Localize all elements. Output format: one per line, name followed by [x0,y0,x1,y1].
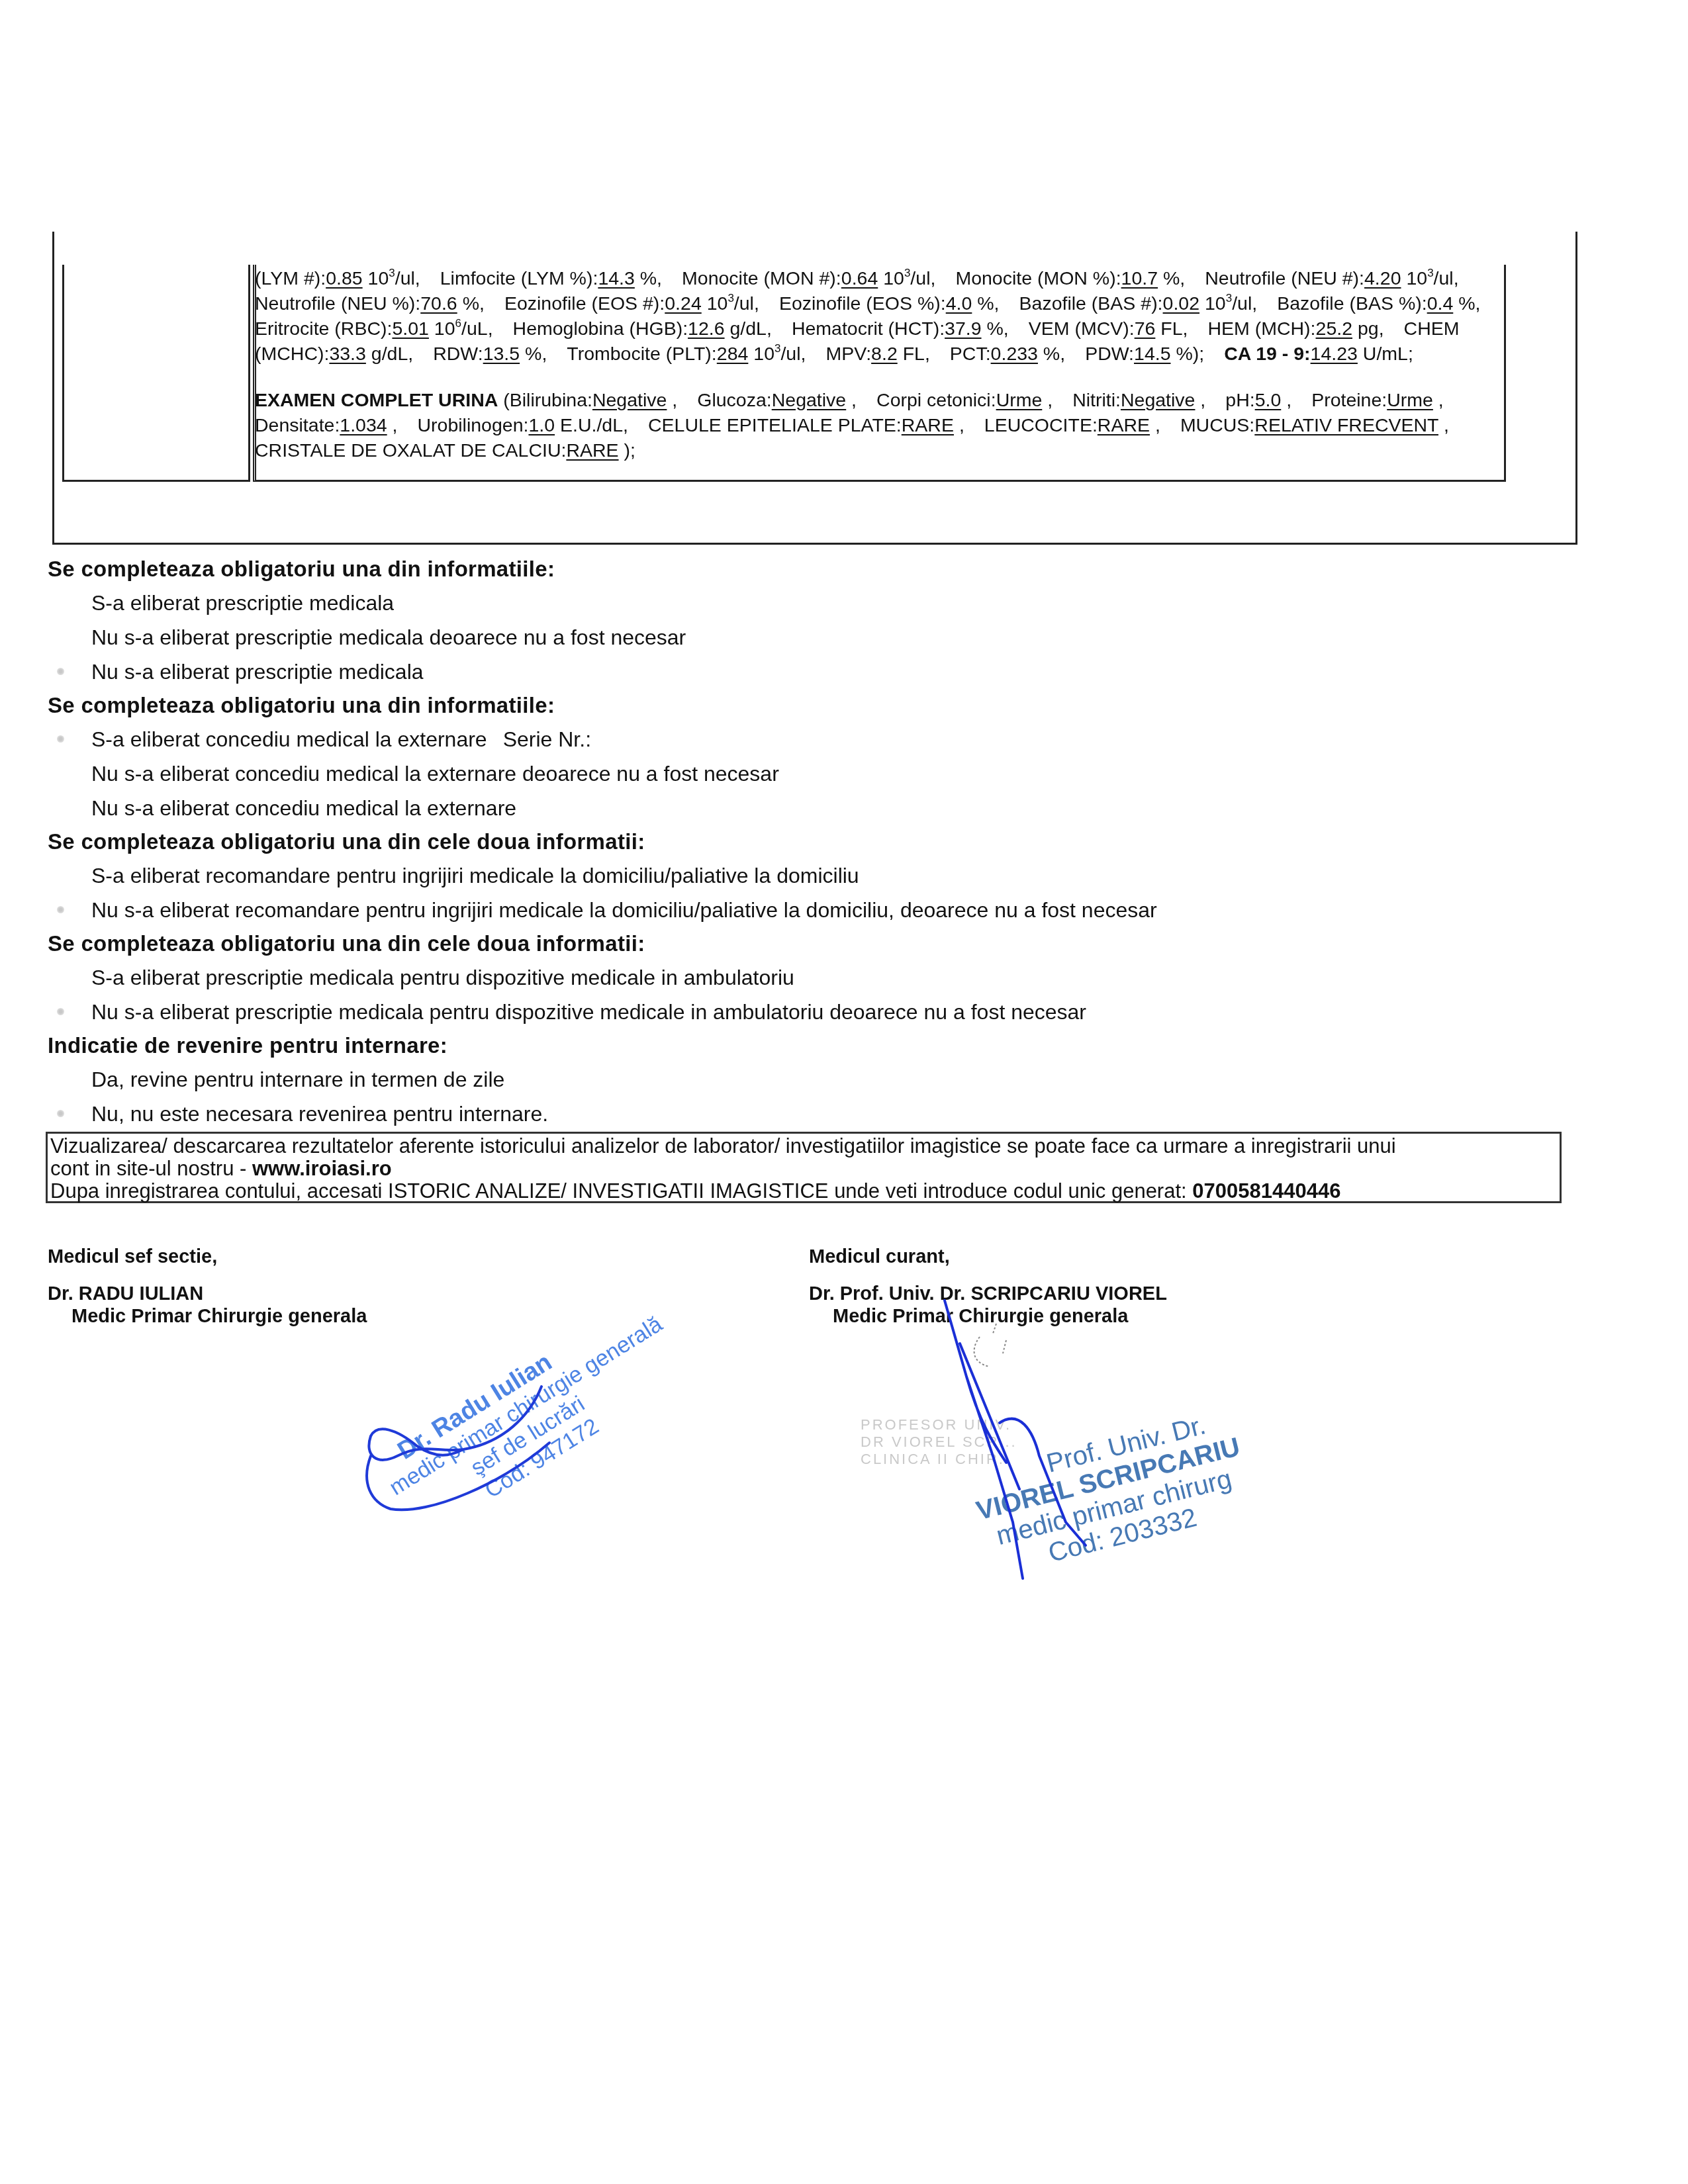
lab-result-value: 5.01 [392,318,428,340]
lab-results-text: (LYM #):0.85 103/ul,Limfocite (LYM %):14… [255,266,1506,463]
checklist-option-label: Nu s-a eliberat concediu medical la exte… [91,762,779,786]
lab-result-value: 13.5 [483,343,520,365]
lab-result-item: Limfocite (LYM %):14.3 %, [440,268,662,289]
selected-bullet-icon [57,1110,64,1117]
checklist-option[interactable]: Nu s-a eliberat prescriptie medicala [48,655,1504,689]
urine-result-value: RARE [902,415,954,436]
urine-result-value: 5.0 [1255,390,1282,411]
checklist-option-label: Nu s-a eliberat prescriptie medicala [91,660,424,684]
selected-bullet-icon [57,906,64,913]
signature-role: Medicul sef sectie, [48,1246,367,1283]
lab-result-value: 8.2 [871,343,898,365]
hemogram-results: (LYM #):0.85 103/ul,Limfocite (LYM %):14… [255,266,1506,367]
lab-result-value: 37.9 [945,318,981,340]
lab-result-item: Monocite (MON #):0.64 103/ul, [682,268,935,289]
urine-result-item: Corpi cetonici:Urme , [876,390,1053,411]
urine-result-item: LEUCOCITE:RARE , [984,415,1160,436]
urine-result-item: pH:5.0 , [1225,390,1291,411]
lab-result-item: Neutrofile (NEU %):70.6 %, [255,293,485,314]
lab-result-item: Bazofile (BAS #):0.02 103/ul, [1019,293,1258,314]
stamp-radu-iulian: Dr. Radu Iulian medic primar chirurgie g… [371,1289,695,1546]
lab-result-item: Eozinofile (EOS #):0.24 103/ul, [504,293,759,314]
urine-result-value: Urme [1387,390,1433,411]
lab-result-item: Neutrofile (NEU #):4.20 103/ul, [1205,268,1458,289]
urine-result-item: CRISTALE DE OXALAT DE CALCIU:RARE ); [255,440,635,461]
lab-result-value: 14.5 [1134,343,1170,365]
checklist-option-label: Nu s-a eliberat prescriptie medicala deo… [91,625,686,649]
lab-result-item: PCT:0.233 %, [950,343,1065,365]
lab-result-item: MPV:8.2 FL, [825,343,929,365]
urine-result-value: Urme [996,390,1043,411]
signature-title: Medic Primar Chirurgie generala [48,1305,367,1328]
checklist-option[interactable]: Nu s-a eliberat concediu medical la exte… [48,791,1504,825]
urine-result-item: CELULE EPITELIALE PLATE:RARE , [648,415,964,436]
lab-history-info-box: Vizualizarea/ descarcarea rezultatelor a… [46,1132,1562,1203]
lab-result-value: 0.85 [326,268,362,289]
selected-bullet-icon [57,735,64,743]
signature-block-attending-physician: Medicul curant, Dr. Prof. Univ. Dr. SCRI… [809,1246,1167,1328]
checklist-option[interactable]: S-a eliberat concediu medical la externa… [48,722,1504,756]
lab-results-label-cell [62,265,250,482]
checklist-option-label: Nu s-a eliberat recomandare pentru ingri… [91,898,1157,922]
lab-result-value: 4.20 [1364,268,1401,289]
unique-code: 0700581440446 [1192,1179,1340,1203]
urine-result-item: Nitriti:Negative , [1072,390,1205,411]
checklist-option[interactable]: S-a eliberat recomandare pentru ingrijir… [48,858,1504,893]
lab-result-value: 10.7 [1121,268,1158,289]
lab-result-item: Trombocite (PLT):284 103/ul, [567,343,806,365]
faded-stamp-impression: PROFESOR UNIV.DR VIOREL SCR...CLINICA II… [861,1416,1017,1468]
urine-result-item: MUCUS:RELATIV FRECVENT , [1180,415,1449,436]
lab-result-value: 0.02 [1163,293,1199,314]
lab-result-item: Eozinofile (EOS %):4.0 %, [779,293,1000,314]
lab-result-item: Eritrocite (RBC):5.01 106/uL, [255,318,493,340]
lab-result-value: 14.3 [598,268,634,289]
lab-result-item: PDW:14.5 %); [1085,343,1204,365]
info-line-2: cont in site-ul nostru - www.iroiasi.ro [50,1158,1557,1180]
lab-result-item: Bazofile (BAS %):0.4 %, [1277,293,1480,314]
lab-result-item: Monocite (MON %):10.7 %, [955,268,1185,289]
checklist-option-label: S-a eliberat recomandare pentru ingrijir… [91,864,859,887]
urine-result-item: Urobilinogen:1.0 E.U./dL, [418,415,628,436]
lab-result-value: 0.233 [991,343,1038,365]
lab-result-value: 284 [717,343,749,365]
lab-result-value: 0.4 [1427,293,1454,314]
lab-result-item: Hematocrit (HCT):37.9 %, [792,318,1009,340]
website-link[interactable]: www.iroiasi.ro [252,1157,392,1180]
checklist-section-heading: Se completeaza obligatoriu una din infor… [48,689,1504,722]
urine-result-item: Proteine:Urme , [1311,390,1444,411]
lab-result-value: 4.0 [946,293,972,314]
urine-exam-title: EXAMEN COMPLET URINA [255,390,498,411]
urine-result-value: Negative [772,390,846,411]
discharge-checklist: Se completeaza obligatoriu una din infor… [48,553,1504,1131]
urine-result-value: RARE [1098,415,1150,436]
urine-result-item: Densitate:1.034 , [255,415,398,436]
info-line-3: Dupa inregistrarea contului, accesati IS… [50,1180,1557,1203]
selected-bullet-icon [57,668,64,675]
checklist-option-label: Nu s-a eliberat concediu medical la exte… [91,796,516,820]
lab-result-value: 0.64 [841,268,878,289]
signature-role: Medicul curant, [809,1246,1167,1283]
checklist-section-heading: Indicatie de revenire pentru internare: [48,1029,1504,1062]
checklist-option-label: S-a eliberat prescriptie medicala pentru… [91,966,794,989]
lab-result-item: Hemoglobina (HGB):12.6 g/dL, [513,318,772,340]
checklist-section-heading: Se completeaza obligatoriu una din cele … [48,927,1504,960]
checklist-option[interactable]: Nu s-a eliberat prescriptie medicala pen… [48,995,1504,1029]
signature-name: Dr. Prof. Univ. Dr. SCRIPCARIU VIOREL [809,1283,1167,1305]
lab-result-item: RDW:13.5 %, [433,343,547,365]
lab-result-item: (LYM #):0.85 103/ul, [255,268,420,289]
checklist-option[interactable]: S-a eliberat prescriptie medicala pentru… [48,960,1504,995]
urine-exam-results: EXAMEN COMPLET URINA (Bilirubina:Negativ… [255,388,1506,463]
urine-result-value: Negative [592,390,667,411]
selected-bullet-icon [57,1008,64,1015]
checklist-option-label: S-a eliberat concediu medical la externa… [91,727,487,751]
urine-result-value: RARE [566,440,618,461]
lab-result-item: HEM (MCH):25.2 pg, [1207,318,1383,340]
urine-result-item: (Bilirubina:Negative , [503,390,677,411]
lab-result-value: 12.6 [688,318,724,340]
pencil-scribble-icon [974,1324,1006,1367]
info-line-1: Vizualizarea/ descarcarea rezultatelor a… [50,1135,1557,1158]
checklist-option[interactable]: Da, revine pentru internare in termen de… [48,1062,1504,1097]
checklist-option-label: Nu s-a eliberat prescriptie medicala pen… [91,1000,1086,1024]
checklist-option-label: Nu, nu este necesara revenirea pentru in… [91,1102,548,1126]
checklist-option[interactable]: Nu, nu este necesara revenirea pentru in… [48,1097,1504,1131]
lab-result-value: 76 [1135,318,1156,340]
lab-result-value: 70.6 [420,293,457,314]
checklist-option[interactable]: Nu s-a eliberat prescriptie medicala deo… [48,620,1504,655]
lab-result-item: VEM (MCV):76 FL, [1029,318,1188,340]
urine-result-value: Negative [1121,390,1195,411]
signature-block-head-of-department: Medicul sef sectie, Dr. RADU IULIAN Medi… [48,1246,367,1328]
lab-result-value: 0.24 [665,293,701,314]
checklist-option[interactable]: Nu s-a eliberat recomandare pentru ingri… [48,893,1504,927]
urine-result-item: Glucoza:Negative , [697,390,857,411]
lab-result-item: CA 19 - 9:14.23 U/mL; [1224,343,1413,365]
urine-result-value: RELATIV FRECVENT [1254,415,1438,436]
lab-result-value: 33.3 [329,343,365,365]
checklist-option-label: Da, revine pentru internare in termen de… [91,1068,504,1091]
signature-name: Dr. RADU IULIAN [48,1283,367,1305]
lab-result-value: 14.23 [1311,343,1358,365]
checklist-section-heading: Se completeaza obligatoriu una din infor… [48,553,1504,586]
urine-result-value: 1.034 [340,415,387,436]
checklist-section-heading: Se completeaza obligatoriu una din cele … [48,825,1504,858]
checklist-option-label: S-a eliberat prescriptie medicala [91,591,394,615]
checklist-option-extra: Serie Nr.: [487,727,591,751]
checklist-option[interactable]: S-a eliberat prescriptie medicala [48,586,1504,620]
checklist-option[interactable]: Nu s-a eliberat concediu medical la exte… [48,756,1504,791]
signature-title: Medic Primar Chirurgie generala [809,1305,1167,1328]
lab-result-value: 25.2 [1316,318,1352,340]
urine-result-value: 1.0 [528,415,555,436]
